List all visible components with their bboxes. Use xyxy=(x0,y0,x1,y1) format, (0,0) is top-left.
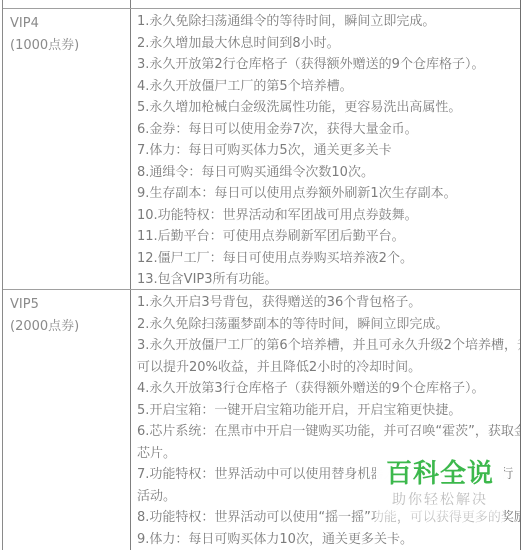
benefit-line: 1.永久免除扫荡通缉令的等待时间，瞬间立即完成。 xyxy=(137,11,520,33)
tier-label: VIP5 xyxy=(10,294,130,316)
benefit-line: 7.体力：每日可购买体力5次，通关更多关卡 xyxy=(137,140,520,162)
benefit-line: 3.永久开放第2行仓库格子（获得额外赠送的9个仓库格子）。 xyxy=(137,54,520,76)
benefit-line: 2.永久增加最大休息时间到8小时。 xyxy=(137,33,520,55)
benefit-line: 5.永久增加枪械白金级洗属性功能，更容易洗出高属性。 xyxy=(137,97,520,119)
benefit-line: 9.体力：每日可购买体力10次，通关更多关卡。 xyxy=(137,529,520,547)
benefit-line: 9.生存副本：每日可以使用点券额外刷新1次生存副本。 xyxy=(137,183,520,205)
benefits-cell-empty xyxy=(131,0,520,8)
tier-price: (2000点券) xyxy=(10,316,130,338)
benefit-line: 4.永久开放第3行仓库格子（获得额外赠送的9个仓库格子）。 xyxy=(137,378,520,400)
tier-label: VIP4 xyxy=(10,13,130,35)
benefit-line: 8.通缉令：每日可购买通缉令次数10次。 xyxy=(137,162,520,184)
table-row-partial xyxy=(3,0,520,9)
watermark: 百科全说 助你轻松解决 xyxy=(376,458,504,522)
benefit-line: 13.包含VIP3所有功能。 xyxy=(137,269,520,289)
table-row: VIP4 (1000点券) 1.永久免除扫荡通缉令的等待时间，瞬间立即完成。2.… xyxy=(3,9,520,290)
tier-cell-empty xyxy=(3,0,131,8)
benefit-line: 6.芯片系统：在黑市中开启一键购买功能，并可召唤“霍茨”，获取金色 xyxy=(137,421,520,443)
benefit-line: 6.金券：每日可以使用金券7次，获得大量金币。 xyxy=(137,119,520,141)
watermark-title: 百科全说 xyxy=(376,458,504,490)
benefit-line: 4.永久开放僵尸工厂的第5个培养槽。 xyxy=(137,76,520,98)
benefit-line: 1.永久开启3号背包，获得赠送的36个背包格子。 xyxy=(137,292,520,314)
benefit-line: 2.永久免除扫荡噩梦副本的等待时间，瞬间立即完成。 xyxy=(137,314,520,336)
benefits-cell-vip4: 1.永久免除扫荡通缉令的等待时间，瞬间立即完成。2.永久增加最大休息时间到8小时… xyxy=(131,9,520,289)
tier-cell-vip5: VIP5 (2000点券) xyxy=(3,290,131,546)
watermark-subtitle: 助你轻松解决 xyxy=(376,491,504,509)
benefit-line: 5.开启宝箱：一键开启宝箱功能开启，开启宝箱更快捷。 xyxy=(137,400,520,422)
benefit-line: 12.僵尸工厂：每日可使用点券购买培养液2个。 xyxy=(137,248,520,270)
tier-cell-vip4: VIP4 (1000点券) xyxy=(3,9,131,289)
benefit-line: 11.后勤平台：可使用点券刷新军团后勤平台。 xyxy=(137,226,520,248)
benefit-line: 10.功能特权：世界活动和军团战可用点券鼓舞。 xyxy=(137,205,520,227)
benefit-line: 3.永久开放僵尸工厂的第6个培养槽，并且可永久升级2个培养槽，升级后 xyxy=(137,335,520,357)
tier-price: (1000点券) xyxy=(10,35,130,57)
benefit-line: 可以提升20%收益，并且降低2小时的冷却时间。 xyxy=(137,357,520,379)
